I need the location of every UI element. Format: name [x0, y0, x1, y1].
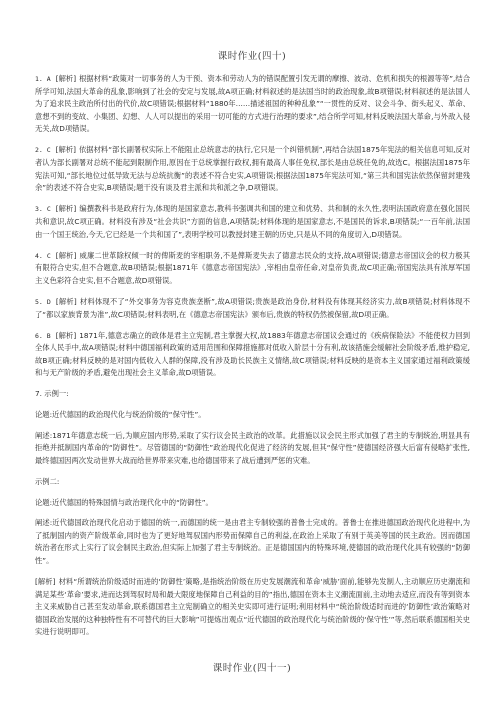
analysis-tag: [解析]	[56, 297, 77, 306]
analysis-tag: [解析]	[56, 74, 76, 83]
answer-number: 3. C	[35, 205, 51, 213]
analysis-text: 材料“所谓统治阶级适时而进的‘防御性’策略,是指统治阶级在历史发展潮流和革命‘威…	[35, 577, 470, 636]
q7-label: 7. 示例一:	[35, 388, 470, 401]
document-body: 1. A[解析]根据材料“政策对一切事务的人为干预、资本和劳动人为的错误配置引发…	[35, 73, 470, 647]
q7-example2-explanation: 阐述:近代德国政治现代化启动于德国的统一,而德国的统一是由君主专制较强的普鲁士完…	[35, 517, 470, 567]
q7-example1-explanation: 阐述:1871年德意志统一后,为顺应国内形势,采取了实行议会民主政治的改革。此措…	[35, 430, 470, 468]
analysis-tag: [解析]	[56, 331, 77, 340]
answer-number: 2. C	[35, 146, 51, 154]
analysis-tag: [解析]	[56, 145, 76, 154]
answer-text: 威廉二世革除权倾一时的俾斯麦的宰相职务,不是俾斯麦失去了德意志民众的支持,故A项…	[35, 251, 470, 285]
page-title: 课时作业(四十)	[0, 48, 504, 62]
answer-number: 6. B	[35, 332, 51, 340]
q7-analysis: [解析]材料“所谓统治阶级适时而进的‘防御性’策略,是指统治阶级在历史发展潮流和…	[35, 576, 470, 639]
q7-example2-label: 示例二:	[35, 476, 470, 489]
answer-3: 3. C[解析]编撰教科书是政府行为,体现的是国家意志,教科书强调共和国的建立和…	[35, 203, 470, 241]
next-section-title: 课时作业(四十一)	[0, 660, 504, 674]
answer-number: 4. C	[35, 252, 51, 260]
answer-number: 5. D	[35, 298, 51, 306]
answer-text: 材料体现不了“外交事务为容克贵族垄断”,故A项错误;贵族是政治身份,材料没有体现…	[35, 297, 470, 319]
answer-6: 6. B[解析]1871年,德意志确立的政体是君主立宪制,君主掌握大权,故188…	[35, 330, 470, 380]
answer-text: 编撰教科书是政府行为,体现的是国家意志,教科书强调共和国的建立和优势、共和制的永…	[35, 204, 470, 238]
answer-5: 5. D[解析]材料体现不了“外交事务为容克贵族垄断”,故A项错误;贵族是政治身…	[35, 296, 470, 321]
answer-2: 2. C[解析]依据材料“部长副署权实际上不能阻止总统意志的执行,它只是一个纠错…	[35, 144, 470, 194]
analysis-tag: [解析]	[35, 577, 56, 586]
answer-text: 根据材料“政策对一切事务的人为干预、资本和劳动人为的错误配置引发无谓的摩擦、波动…	[35, 74, 470, 133]
answer-4: 4. C[解析]威廉二世革除权倾一时的俾斯麦的宰相职务,不是俾斯麦失去了德意志民…	[35, 250, 470, 288]
answer-text: 1871年,德意志确立的政体是君主立宪制,君主掌握大权,故1883年德意志帝国议…	[35, 331, 470, 378]
answer-number: 1. A	[35, 75, 51, 83]
answer-1: 1. A[解析]根据材料“政策对一切事务的人为干预、资本和劳动人为的错误配置引发…	[35, 73, 470, 136]
analysis-tag: [解析]	[56, 251, 77, 260]
answer-text: 依据材料“部长副署权实际上不能阻止总统意志的执行,它只是一个纠错机制”,再结合法…	[35, 145, 470, 192]
q7-example2-thesis: 论题:近代德国的特殊国情与政治现代化中的“防御性”。	[35, 497, 470, 510]
analysis-tag: [解析]	[56, 204, 77, 213]
q7-example1-thesis: 论题:近代德国的政治现代化与统治阶级的“保守性”。	[35, 409, 470, 422]
